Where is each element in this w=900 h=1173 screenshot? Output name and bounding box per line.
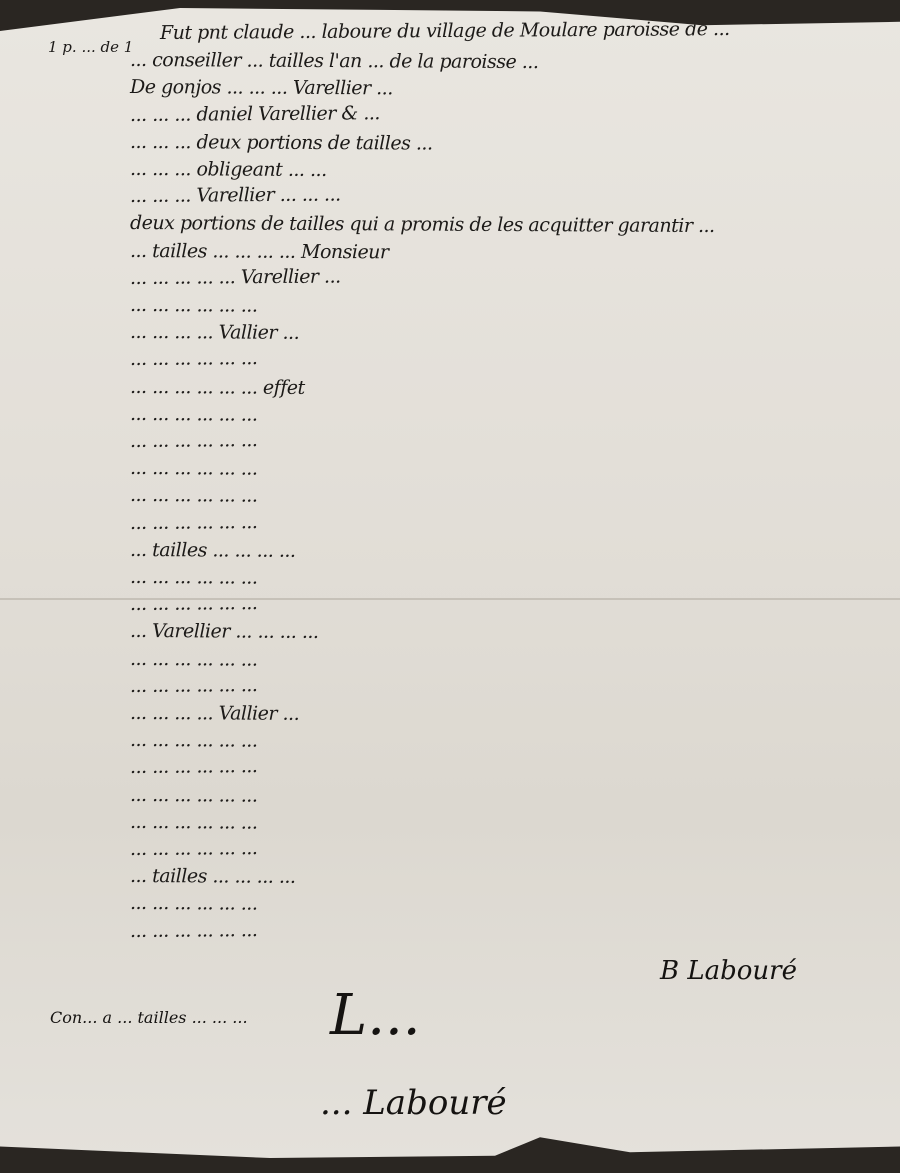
manuscript-line: ... ... ... ... ... ...	[130, 511, 258, 534]
manuscript-line: ... ... ... ... ... ...	[130, 919, 258, 942]
manuscript-line: ... ... ... ... ... ...	[130, 566, 258, 589]
manuscript-line: ... ... ... ... ... ...	[130, 429, 258, 452]
manuscript-line: deux portions de tailles qui a promis de…	[130, 212, 715, 237]
manuscript-line: ... ... ... ... ... ...	[130, 837, 258, 860]
manuscript-line: ... ... ... ... ... ...	[130, 674, 258, 697]
manuscript-line: ... ... ... ... ... ...	[130, 403, 258, 426]
manuscript-line: ... ... ... ... ... Varellier ...	[130, 265, 341, 288]
manuscript-line: ... ... ... daniel Varellier & ...	[130, 102, 380, 126]
manuscript-line: ... ... ... ... Vallier ...	[130, 321, 299, 344]
manuscript-line: ... ... ... obligeant ... ...	[130, 158, 327, 181]
manuscript-line: ... conseiller ... tailles l'an ... de l…	[130, 49, 539, 73]
signature-center-2: ... Labouré	[320, 1083, 507, 1123]
manuscript-page: 1 p. ... de 1 Fut pnt claude ... laboure…	[0, 8, 900, 1158]
manuscript-line: ... ... ... ... ... ...	[130, 892, 258, 915]
manuscript-line: ... ... ... ... ... ...	[130, 294, 258, 317]
manuscript-line: ... ... ... ... ... ...	[130, 592, 258, 615]
margin-note: 1 p. ... de 1	[48, 38, 133, 56]
signature-center-1: L...	[330, 983, 421, 1048]
manuscript-line: ... ... ... ... ... ...	[130, 484, 258, 507]
manuscript-line: ... ... ... ... ... ...	[130, 648, 258, 671]
manuscript-line: ... ... ... ... Vallier ...	[130, 702, 299, 725]
manuscript-line: ... ... ... ... ... ...	[130, 756, 258, 779]
manuscript-line: ... ... ... ... ... ...	[130, 348, 258, 371]
manuscript-line: ... ... ... Varellier ... ... ...	[130, 184, 341, 207]
manuscript-line: ... Varellier ... ... ... ...	[130, 620, 319, 643]
manuscript-line: ... tailles ... ... ... ...	[130, 539, 296, 562]
manuscript-line: ... ... ... ... ... ...	[130, 729, 258, 752]
manuscript-line: ... ... ... ... ... ... effet	[130, 376, 305, 399]
manuscript-line: ... tailles ... ... ... ... Monsieur	[130, 240, 389, 263]
manuscript-line: ... ... ... ... ... ...	[130, 784, 258, 807]
signature-left-note: Con... a ... tailles ... ... ...	[50, 1008, 270, 1027]
manuscript-line: ... tailles ... ... ... ...	[130, 865, 296, 888]
signature-right: B Labouré	[660, 956, 797, 986]
manuscript-line: De gonjos ... ... ... Varellier ...	[130, 76, 393, 99]
manuscript-line: ... ... ... ... ... ...	[130, 457, 258, 480]
manuscript-line: ... ... ... deux portions de tailles ...	[130, 131, 433, 155]
manuscript-line: ... ... ... ... ... ...	[130, 811, 258, 834]
manuscript-line: Fut pnt claude ... laboure du village de…	[160, 18, 730, 44]
